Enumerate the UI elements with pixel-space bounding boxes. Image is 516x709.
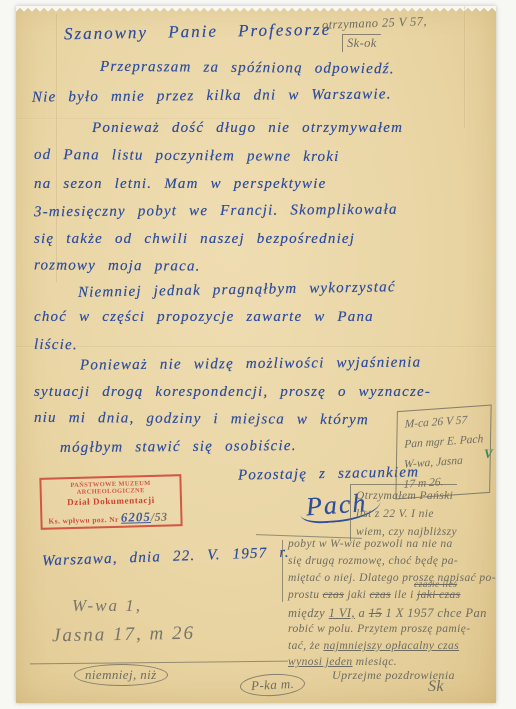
circled-note-left: niemniej, niż: [74, 664, 168, 686]
reply-word-struck: czas: [323, 589, 344, 601]
letter-line: od Pana listu poczyniłem pewne kroki: [34, 147, 340, 166]
reply-word-struck: 15: [369, 606, 382, 620]
reply-word: a: [359, 606, 366, 620]
reply-note-line: list z 22 V. I nie: [356, 505, 457, 523]
reply-note-line: pobyt w W-wie pozwoli na nie na: [288, 538, 453, 550]
reply-note-date-line: między 1 VI, a 15 1 X 1957 chce Pan: [288, 606, 487, 621]
reply-words-underlined: wynosi jeden: [288, 656, 353, 668]
reply-note-initials: Sk: [428, 678, 444, 696]
reply-word-struck: jaki czas: [417, 589, 461, 601]
reply-note-line: się drugą rozmowę, choć będę pa-: [288, 555, 458, 567]
circled-note-right: P-ka m.: [239, 672, 305, 697]
letter-line: niu mi dnia, godziny i miejsca w którym: [34, 410, 369, 429]
reply-word: 1 X 1957 chce Pan: [386, 606, 487, 620]
fold-crease-vertical-right: [464, 6, 466, 128]
stamp-register-label: Ks. wpływu poz. Nr: [48, 515, 118, 526]
letter-line: Nie było mnie przez kilka dni w Warszawi…: [32, 86, 392, 106]
letter-greeting: Szanowny Panie Profesorze: [64, 20, 331, 45]
letter-line: rozmowy moja praca.: [34, 257, 201, 275]
letter-line: Ponieważ nie widzę możliwości wyjaśnieni…: [80, 355, 421, 375]
letter-line: liście.: [34, 337, 78, 354]
letter-line: 3-miesięczny pobyt we Francji. Skompliko…: [34, 202, 398, 222]
letter-line: na sezon letni. Mam w perspektywie: [34, 176, 326, 193]
fold-crease-horizontal: [16, 346, 496, 348]
letter-line: choć w części propozycje zawarte w Pana: [34, 309, 374, 326]
reply-word: między: [288, 606, 325, 620]
reply-word: jaki: [347, 589, 366, 601]
stamp-number-pencil: /53: [151, 510, 168, 524]
letter-line: Niemniej jednak pragnąłbym wykorzystać: [78, 279, 396, 302]
stamp-register-line: Ks. wpływu poz. Nr 6205/53: [42, 508, 180, 528]
reply-word: miesiąc.: [353, 656, 397, 668]
pencil-line-block-left: [282, 540, 283, 602]
bottom-address-line: W-wa 1,: [72, 596, 142, 616]
reply-word: prostu: [288, 589, 319, 601]
reply-note-head: Otrzymałem Pański list z 22 V. I nie wie…: [350, 484, 457, 541]
reply-note-wynosi-line: wynosi jeden miesiąc.: [288, 656, 397, 668]
letter-closing: Pozostaję z szacunkiem: [238, 464, 419, 484]
perforated-edge: [16, 6, 496, 14]
letter-line: sytuacji drogą korespondencji, proszę o …: [34, 384, 431, 401]
pencil-line-bottom: [30, 661, 288, 665]
reply-note-strike-line: prostu czas jaki czas ile i jaki czas: [288, 589, 461, 601]
received-initials: Sk-ok: [342, 34, 381, 52]
checkmark: V: [484, 446, 493, 462]
reply-word: tać, że: [288, 640, 323, 652]
reply-word-struck: czas: [369, 589, 390, 601]
reply-word: ile i: [394, 589, 414, 601]
reply-note-underline-line: tać, że najmniejszy opłacalny czas: [288, 640, 459, 652]
reply-note-line: miętać o niej. Dlatego proszę napisać po…: [288, 572, 496, 584]
reply-date-underlined: 1 VI,: [329, 606, 355, 620]
dateline: Warszawa, dnia 22. V. 1957 r.: [42, 545, 290, 571]
archive-stamp: PAŃSTWOWE MUZEUM ARCHEOLOGICZNE Dział Do…: [39, 474, 182, 530]
reply-note-line: robić w polu. Przytem proszę pamię-: [288, 623, 470, 635]
letter-line: się także od chwili naszej bezpośredniej: [34, 231, 355, 248]
letter-line: mógłbym stawić się osobiście.: [60, 438, 297, 457]
letter-line: Ponieważ dość długo nie otrzymywałem: [92, 120, 403, 137]
stamp-number-ink: 6205: [121, 509, 151, 525]
reply-words-underlined: najmniejszy opłacalny czas: [323, 640, 459, 652]
letter-line: Przepraszam za spóźnioną odpowiedź.: [100, 59, 395, 79]
received-note: otrzymano 25 V 57,: [322, 14, 427, 33]
letter-paper: Szanowny Panie Profesorze Przepraszam za…: [16, 6, 496, 703]
reply-note-line: Otrzymałem Pański: [356, 487, 457, 505]
bottom-address-line: Jasna 17, m 26: [52, 623, 195, 647]
